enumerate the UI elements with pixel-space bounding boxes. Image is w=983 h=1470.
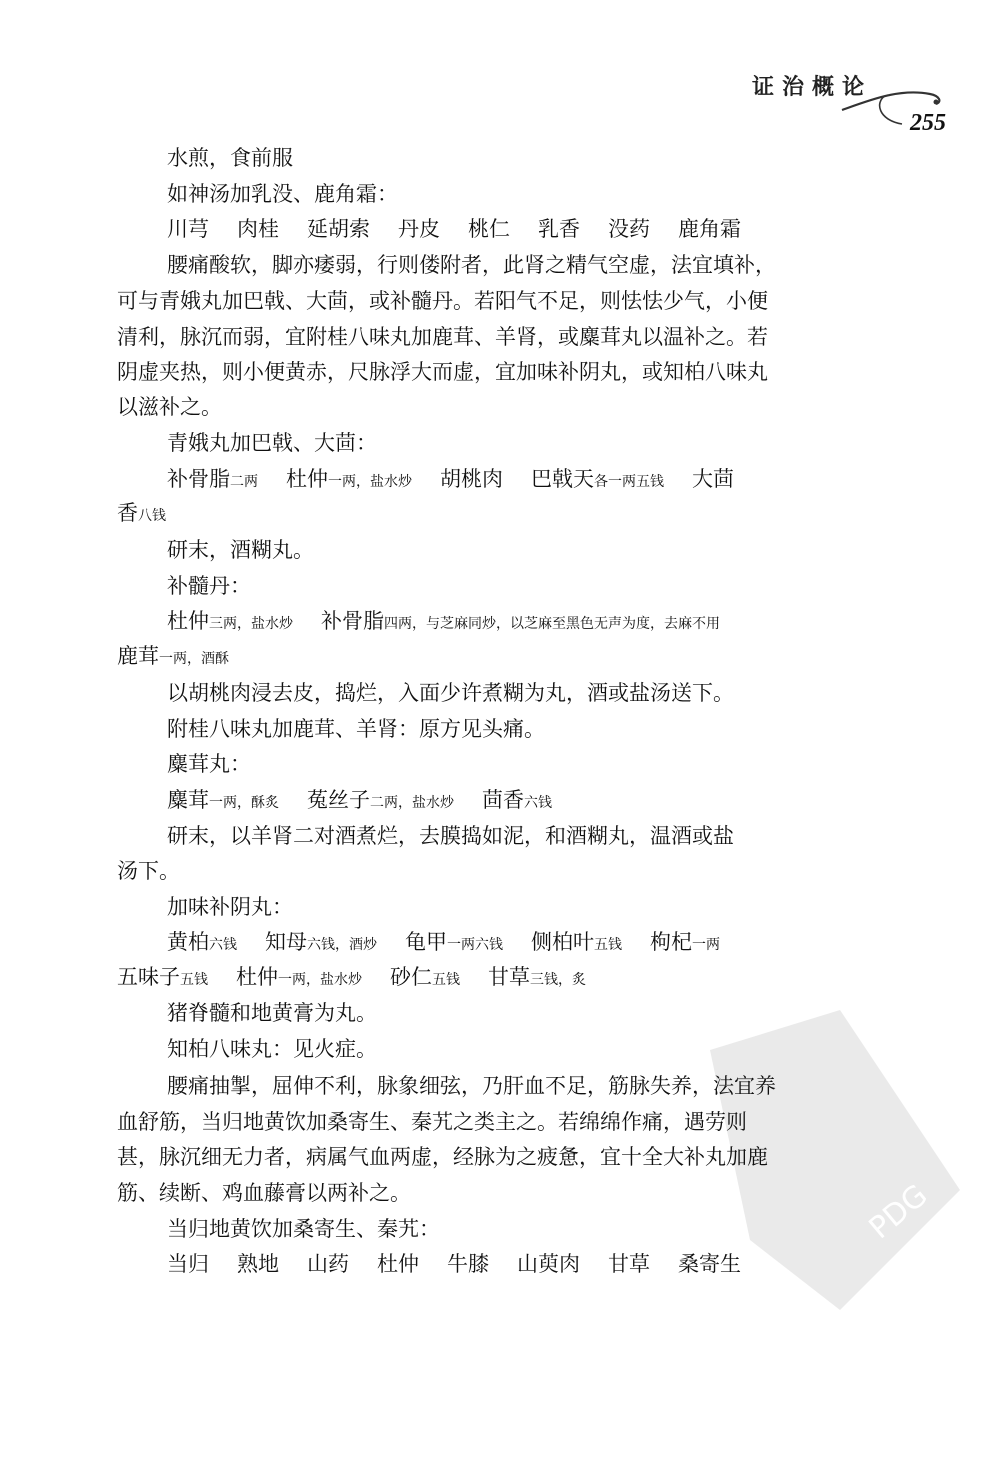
page-number: 255 — [910, 110, 946, 137]
text-line: 如神汤加乳没、鹿角霜： — [167, 184, 398, 205]
ingredient-line: 黄柏六钱知母六钱，酒炒龟甲一两六钱侧柏叶五钱枸杞一两 — [167, 932, 720, 953]
ingredient-name: 当归 — [167, 1252, 209, 1276]
ingredient-name: 砂仁 — [390, 965, 432, 989]
ingredient-name: 大茴 — [692, 467, 734, 491]
ingredient-name: 五味子 — [117, 965, 180, 989]
ingredient-dosage: 五钱 — [180, 972, 208, 988]
text-line: 可与青娥丸加巴戟、大茴，或补髓丹。若阳气不足，则怯怯少气，小便 — [117, 291, 768, 312]
ingredient-name: 鹿茸 — [117, 644, 159, 668]
text-line: 清利，脉沉而弱，宜附桂八味丸加鹿茸、羊肾，或麋茸丸以温补之。若 — [117, 327, 768, 348]
ingredient-name: 菟丝子 — [307, 788, 370, 812]
ingredient-name: 甘草 — [488, 965, 530, 989]
ingredient-dosage: 各一两五钱 — [594, 474, 664, 490]
text-line: 研末，酒糊丸。 — [167, 540, 314, 561]
ingredient-dosage: 一两，盐水炒 — [278, 972, 362, 988]
text-line: 麋茸丸： — [167, 754, 251, 775]
ingredient-line: 川芎肉桂延胡索丹皮桃仁乳香没药鹿角霜 — [167, 219, 741, 240]
ingredient-name: 巴戟天 — [531, 467, 594, 491]
text-line: 加味补阴丸： — [167, 897, 293, 918]
ingredient-line: 麋茸一两，酥炙菟丝子二两，盐水炒茴香六钱 — [167, 790, 552, 811]
ingredient-name: 杜仲 — [236, 965, 278, 989]
ingredient-name: 胡桃肉 — [440, 467, 503, 491]
ingredient-dosage: 一两 — [692, 937, 720, 953]
ingredient-name: 熟地 — [237, 1252, 279, 1276]
text-line: 以滋补之。 — [117, 397, 222, 418]
ingredient-name: 杜仲 — [286, 467, 328, 491]
ingredient-name: 龟甲 — [405, 930, 447, 954]
ingredient-name: 补骨脂 — [167, 467, 230, 491]
ingredient-line: 鹿茸一两，酒酥 — [117, 646, 229, 667]
text-line: 补髓丹： — [167, 576, 251, 597]
ingredient-name: 桑寄生 — [678, 1252, 741, 1276]
ingredient-dosage: 三两，盐水炒 — [209, 616, 293, 632]
ingredient-dosage: 五钱 — [594, 937, 622, 953]
ingredient-line: 当归熟地山药杜仲牛膝山萸肉甘草桑寄生 — [167, 1254, 741, 1275]
text-line: 附桂八味丸加鹿茸、羊肾：原方见头痛。 — [167, 719, 545, 740]
text-line: 筋、续断、鸡血藤膏以两补之。 — [117, 1183, 411, 1204]
ingredient-name: 川芎 — [167, 217, 209, 241]
text-line: 腰痛抽掣，屈伸不利，脉象细弦，乃肝血不足，筋脉失养，法宜养 — [167, 1076, 776, 1097]
ingredient-dosage: 六钱 — [524, 795, 552, 811]
text-line: 研末，以羊肾二对酒煮烂，去膜捣如泥，和酒糊丸，温酒或盐 — [167, 826, 734, 847]
ingredient-name: 没药 — [608, 217, 650, 241]
ingredient-line: 杜仲三两，盐水炒补骨脂四两，与芝麻同炒，以芝麻至黑色无声为度，去麻不用 — [167, 611, 720, 632]
text-line: 水煎，食前服 — [167, 148, 293, 169]
ingredient-dosage: 二两，盐水炒 — [370, 795, 454, 811]
ingredient-dosage: 一两六钱 — [447, 937, 503, 953]
text-line: 血舒筋，当归地黄饮加桑寄生、秦艽之类主之。若绵绵作痛，遇劳则 — [117, 1112, 747, 1133]
ingredient-name: 牛膝 — [447, 1252, 489, 1276]
ingredient-dosage: 五钱 — [432, 972, 460, 988]
ingredient-name: 香 — [117, 501, 138, 525]
ingredient-name: 补骨脂 — [321, 609, 384, 633]
text-line: 甚，脉沉细无力者，病属气血两虚，经脉为之疲惫，宜十全大补丸加鹿 — [117, 1147, 768, 1168]
ingredient-name: 鹿角霜 — [678, 217, 741, 241]
ingredient-name: 乳香 — [538, 217, 580, 241]
ingredient-name: 杜仲 — [167, 609, 209, 633]
ingredient-line: 五味子五钱杜仲一两，盐水炒砂仁五钱甘草三钱，炙 — [117, 967, 586, 988]
ingredient-line: 香八钱 — [117, 503, 166, 524]
text-line: 阴虚夹热，则小便黄赤，尺脉浮大而虚，宜加味补阴丸，或知柏八味丸 — [117, 362, 768, 383]
ingredient-dosage: 三钱，炙 — [530, 972, 586, 988]
ingredient-name: 茴香 — [482, 788, 524, 812]
ingredient-name: 甘草 — [608, 1252, 650, 1276]
ingredient-name: 侧柏叶 — [531, 930, 594, 954]
text-line: 知柏八味丸：见火症。 — [167, 1039, 377, 1060]
text-line: 以胡桃肉浸去皮，捣烂，入面少许煮糊为丸，酒或盐汤送下。 — [167, 683, 734, 704]
ingredient-dosage: 六钱，酒炒 — [307, 937, 377, 953]
ingredient-name: 枸杞 — [650, 930, 692, 954]
text-line: 腰痛酸软，脚亦痿弱，行则偻附者，此肾之精气空虚，法宜填补， — [167, 255, 776, 276]
ingredient-name: 桃仁 — [468, 217, 510, 241]
ingredient-dosage: 二两 — [230, 474, 258, 490]
ingredient-name: 知母 — [265, 930, 307, 954]
ingredient-line: 补骨脂二两杜仲一两，盐水炒胡桃肉巴戟天各一两五钱大茴 — [167, 469, 734, 490]
text-line: 猪脊髓和地黄膏为丸。 — [167, 1003, 377, 1024]
text-line: 青娥丸加巴戟、大茴： — [167, 433, 377, 454]
ingredient-dosage: 四两，与芝麻同炒，以芝麻至黑色无声为度，去麻不用 — [384, 616, 720, 632]
ingredient-name: 肉桂 — [237, 217, 279, 241]
ingredient-name: 丹皮 — [398, 217, 440, 241]
ingredient-name: 黄柏 — [167, 930, 209, 954]
ingredient-name: 山药 — [307, 1252, 349, 1276]
ingredient-dosage: 一两，盐水炒 — [328, 474, 412, 490]
text-line: 当归地黄饮加桑寄生、秦艽： — [167, 1219, 440, 1240]
ingredient-name: 山萸肉 — [517, 1252, 580, 1276]
text-line: 汤下。 — [117, 861, 180, 882]
ingredient-name: 麋茸 — [167, 788, 209, 812]
ingredient-dosage: 八钱 — [138, 508, 166, 524]
ingredient-name: 延胡索 — [307, 217, 370, 241]
ingredient-dosage: 一两，酒酥 — [159, 651, 229, 667]
ingredient-dosage: 一两，酥炙 — [209, 795, 279, 811]
ingredient-dosage: 六钱 — [209, 937, 237, 953]
ingredient-name: 杜仲 — [377, 1252, 419, 1276]
